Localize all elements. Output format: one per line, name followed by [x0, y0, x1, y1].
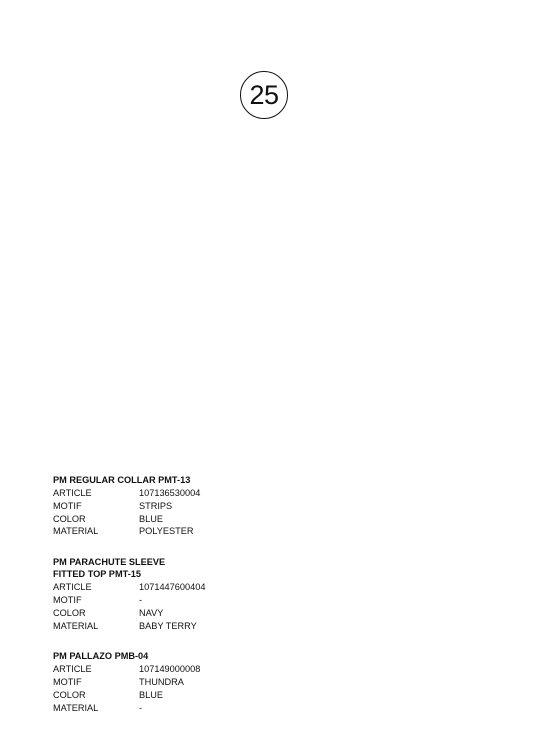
- spec-value: 107149000008: [139, 663, 313, 676]
- spec-value: STRIPS: [139, 500, 313, 513]
- spec-value: BLUE: [139, 513, 313, 526]
- spec-row-color: COLOR NAVY: [53, 607, 313, 620]
- spec-label: MOTIF: [53, 500, 139, 513]
- spec-row-article: ARTICLE 107136530004: [53, 487, 313, 500]
- spec-row-motif: MOTIF THUNDRA: [53, 676, 313, 689]
- product-title-line-2: FITTED TOP PMT-15: [53, 568, 313, 580]
- spec-row-motif: MOTIF -: [53, 594, 313, 607]
- spec-row-material: MATERIAL BABY TERRY: [53, 620, 313, 633]
- spec-value: THUNDRA: [139, 676, 313, 689]
- spec-value: POLYESTER: [139, 525, 313, 538]
- spec-row-color: COLOR BLUE: [53, 513, 313, 526]
- product-spec-list: PM REGULAR COLLAR PMT-13 ARTICLE 1071365…: [53, 474, 313, 733]
- spec-value: 1071447600404: [139, 581, 313, 594]
- spec-value: -: [139, 702, 313, 715]
- spec-value: NAVY: [139, 607, 313, 620]
- spec-label: MATERIAL: [53, 525, 139, 538]
- spec-row-article: ARTICLE 1071447600404: [53, 581, 313, 594]
- product-title: PM PALLAZO PMB-04: [53, 650, 313, 662]
- spec-row-material: MATERIAL -: [53, 702, 313, 715]
- spec-label: MOTIF: [53, 676, 139, 689]
- spec-label: COLOR: [53, 607, 139, 620]
- spec-label: ARTICLE: [53, 487, 139, 500]
- product-spec-block: PM PARACHUTE SLEEVE FITTED TOP PMT-15 AR…: [53, 556, 313, 632]
- spec-label: MATERIAL: [53, 620, 139, 633]
- spec-label: COLOR: [53, 513, 139, 526]
- spec-label: MOTIF: [53, 594, 139, 607]
- page-number-badge: 25: [240, 71, 288, 119]
- product-title: PM REGULAR COLLAR PMT-13: [53, 474, 313, 486]
- product-spec-block: PM PALLAZO PMB-04 ARTICLE 107149000008 M…: [53, 650, 313, 714]
- product-spec-block: PM REGULAR COLLAR PMT-13 ARTICLE 1071365…: [53, 474, 313, 538]
- spec-row-motif: MOTIF STRIPS: [53, 500, 313, 513]
- spec-row-article: ARTICLE 107149000008: [53, 663, 313, 676]
- spec-value: BABY TERRY: [139, 620, 313, 633]
- spec-value: BLUE: [139, 689, 313, 702]
- spec-label: ARTICLE: [53, 581, 139, 594]
- spec-row-color: COLOR BLUE: [53, 689, 313, 702]
- spec-row-material: MATERIAL POLYESTER: [53, 525, 313, 538]
- page-number: 25: [249, 80, 278, 111]
- spec-label: ARTICLE: [53, 663, 139, 676]
- spec-label: MATERIAL: [53, 702, 139, 715]
- spec-value: 107136530004: [139, 487, 313, 500]
- spec-label: COLOR: [53, 689, 139, 702]
- spec-value: -: [139, 594, 313, 607]
- product-title: PM PARACHUTE SLEEVE: [53, 556, 313, 568]
